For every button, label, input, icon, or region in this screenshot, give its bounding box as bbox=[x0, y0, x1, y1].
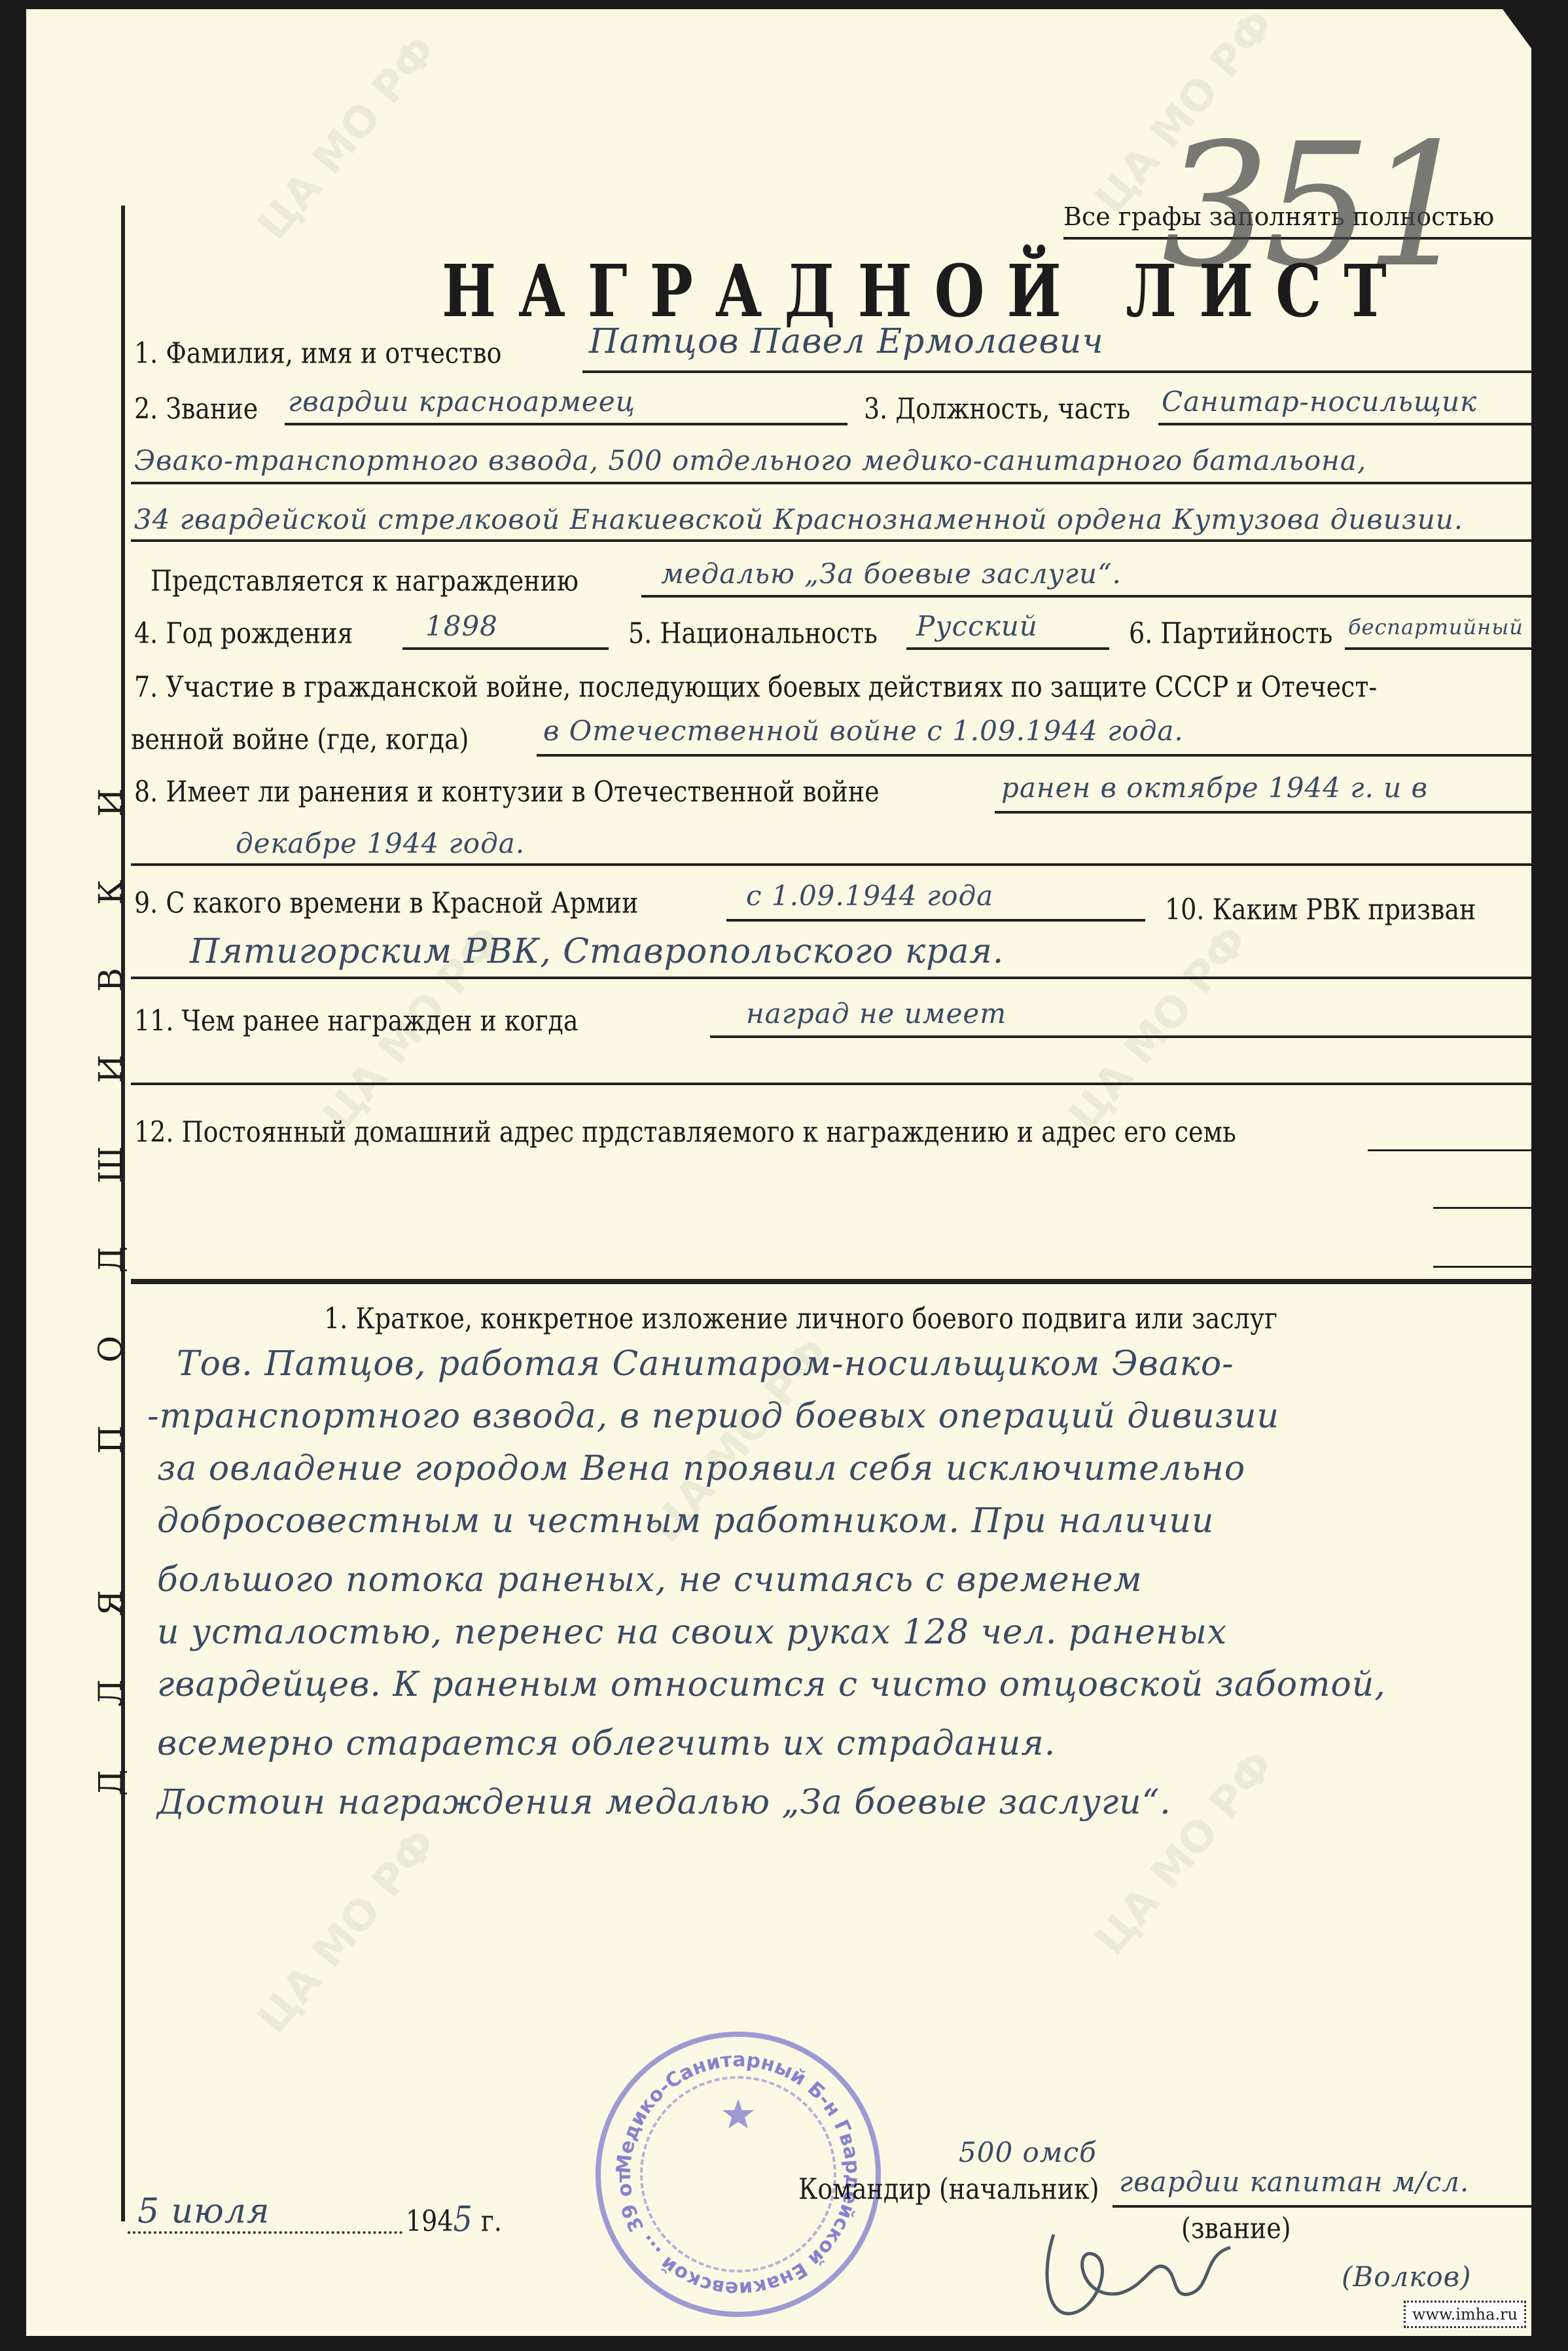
nominated-award: медалью „За боевые заслуги“. bbox=[661, 558, 1122, 590]
field-9-line bbox=[726, 919, 1145, 922]
corner-fold bbox=[1503, 9, 1531, 48]
field-12-line-2 bbox=[1433, 1207, 1531, 1209]
field-1-label: 1. Фамилия, имя и отчество bbox=[134, 336, 501, 370]
field-3-value-cont: Эвако-транспортного взвода, 500 отдельно… bbox=[134, 444, 1366, 476]
field-2-value: гвардии красноармеец bbox=[288, 386, 635, 418]
field-7-label-cont: венной войне (где, когда) bbox=[131, 723, 469, 756]
commander-label: Командир (начальник) bbox=[798, 2172, 1099, 2206]
field-5-label: 5. Национальность bbox=[628, 617, 878, 650]
field-3-value: Санитар-носильщик bbox=[1162, 386, 1477, 418]
field-12-line-3 bbox=[1433, 1266, 1531, 1268]
watermark: ЦА МО РФ bbox=[249, 27, 446, 249]
field-2-line bbox=[285, 423, 847, 425]
field-8-value-cont: декабре 1944 года. bbox=[236, 827, 525, 859]
field-7-label: 7. Участие в гражданской войне, последую… bbox=[134, 670, 1377, 704]
field-11-line bbox=[710, 1035, 1531, 1038]
award-sheet: ЦА МО РФ ЦА МО РФ ЦА МО РФ ЦА МО РФ ЦА М… bbox=[26, 9, 1531, 2336]
field-7-line bbox=[537, 754, 1531, 757]
field-5-line bbox=[906, 647, 1109, 650]
merit-line: Тов. Патцов, работая Санитаром-носильщик… bbox=[177, 1344, 1234, 1384]
field-1-line bbox=[582, 370, 1531, 373]
merit-line: -транспортного взвода, в период боевых о… bbox=[147, 1397, 1279, 1436]
page-title: НАГРАДНОЙ ЛИСТ bbox=[442, 248, 1409, 333]
field-6-line bbox=[1345, 647, 1531, 650]
nominated-line bbox=[641, 595, 1531, 598]
year-suffix: г. bbox=[481, 2204, 502, 2238]
merit-line: всемерно старается облегчить их страдани… bbox=[157, 1724, 1056, 1763]
field-8-line-2 bbox=[131, 863, 1531, 866]
field-9-label: 9. С какого времени в Красной Армии bbox=[134, 886, 638, 920]
source-site-badge: www.imha.ru bbox=[1404, 2301, 1526, 2328]
field-1-value: Патцов Павел Ермолаевич bbox=[589, 322, 1104, 361]
field-4-value: 1898 bbox=[425, 610, 498, 642]
merit-line: добросовестным и честным работником. При… bbox=[157, 1501, 1214, 1541]
commander-rank: гвардии капитан м/сл. bbox=[1119, 2166, 1469, 2198]
merit-line: и усталостью, перенес на своих руках 128… bbox=[157, 1613, 1227, 1652]
nominated-label: Представляется к награждению bbox=[151, 564, 579, 598]
field-9-value: с 1.09.1944 года bbox=[746, 880, 993, 912]
date-line bbox=[128, 2231, 402, 2234]
field-3-value-cont: 34 гвардейской стрелковой Енакиевской Кр… bbox=[134, 503, 1463, 535]
field-4-line bbox=[402, 647, 609, 650]
merit-line: гвардейцев. К раненым относится с чисто … bbox=[157, 1665, 1386, 1704]
field-2-label: 2. Звание bbox=[134, 392, 258, 425]
field-11-line-2 bbox=[131, 1083, 1531, 1085]
merit-line: Достоин награждения медалью „За боевые з… bbox=[157, 1783, 1171, 1822]
field-7-value: в Отечественной войне с 1.09.1944 года. bbox=[543, 715, 1184, 747]
field-10-value: Пятигорским РВК, Ставропольского края. bbox=[190, 932, 1004, 971]
year-printed: 194 bbox=[406, 2204, 454, 2238]
field-6-label: 6. Партийность bbox=[1129, 617, 1332, 650]
unit-note: 500 омсб bbox=[959, 2136, 1097, 2168]
watermark: ЦА МО РФ bbox=[1060, 917, 1258, 1140]
field-10-label: 10. Каким РВК призван bbox=[1165, 893, 1476, 926]
field-3-line-3 bbox=[131, 539, 1531, 542]
merits-heading: 1. Краткое, конкретное изложение личного… bbox=[324, 1302, 1277, 1335]
field-10-line bbox=[131, 977, 1531, 979]
watermark: ЦА МО РФ bbox=[1086, 1742, 1284, 1964]
field-8-label: 8. Имеет ли ранения и контузии в Отечест… bbox=[134, 775, 880, 808]
date-year: 1945 г. bbox=[406, 2198, 502, 2239]
field-8-line bbox=[995, 811, 1531, 814]
field-6-value: беспартийный bbox=[1348, 615, 1523, 639]
watermark: ЦА МО РФ bbox=[249, 1820, 446, 2043]
commander-signature bbox=[1034, 2221, 1309, 2333]
field-8-value: ранен в октябре 1944 г. и в bbox=[1001, 772, 1428, 804]
year-digit: 5 bbox=[454, 2198, 473, 2239]
field-12-line bbox=[1368, 1149, 1531, 1151]
field-3-line-2 bbox=[131, 482, 1531, 484]
field-5-value: Русский bbox=[916, 610, 1038, 642]
field-4-label: 4. Год рождения bbox=[134, 617, 353, 650]
field-11-label: 11. Чем ранее награжден и когда bbox=[134, 1004, 579, 1037]
merit-line: за овладение городом Вена проявил себя и… bbox=[157, 1449, 1245, 1488]
rank-line bbox=[1113, 2205, 1531, 2208]
section-divider bbox=[131, 1279, 1531, 1284]
field-11-value: наград не имеет bbox=[746, 997, 1007, 1030]
signature-name: (Волков) bbox=[1342, 2261, 1471, 2293]
binding-label: ДЛЯ ПОДШИВКИ bbox=[92, 725, 130, 1796]
field-3-line bbox=[1158, 423, 1531, 425]
field-12-label: 12. Постоянный домашний адрес прдставляе… bbox=[134, 1115, 1236, 1149]
svg-text:Медико-Санитарный Б-н Гвардейс: Медико-Санитарный Б-н Гвардейской Енакие… bbox=[601, 2037, 864, 2300]
field-3-label: 3. Должность, часть bbox=[864, 392, 1130, 425]
merit-line: большого потока раненых, не считаясь с в… bbox=[157, 1560, 1143, 1600]
date-value: 5 июля bbox=[137, 2192, 270, 2231]
